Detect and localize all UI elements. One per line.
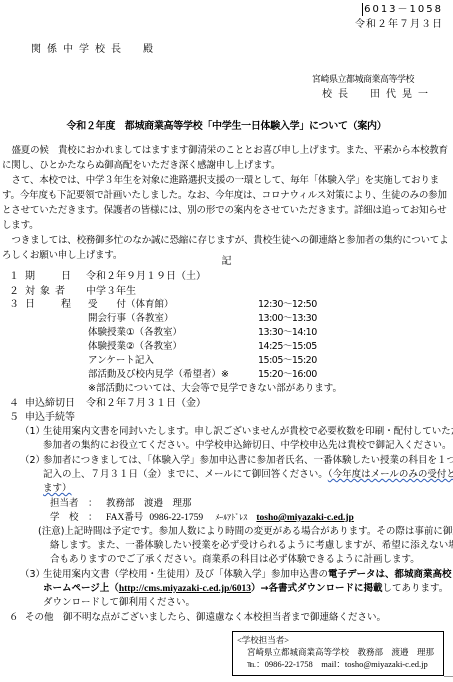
schedule-note: ※部活動については、大会等で見学できない部があります。 <box>88 382 342 395</box>
schedule-item: 体験授業②（各教室） <box>88 340 182 353</box>
homepage-link[interactable]: http://cms.miyazaki-c.ed.jp/6013 <box>119 584 251 594</box>
fax-label: FAX番号 <box>106 513 143 523</box>
contact-box: <学校担当者> 宮崎県立都城商業高等学校 教務部 渡邉 理那 ℡：0986-22… <box>232 631 444 676</box>
item-other: ６その他御不明な点がございましたら、御遠慮なく本校担当者まで御連絡ください。 <box>9 611 386 624</box>
contact-person-row: 担当者 ：教務部 渡邉 理那 <box>50 497 192 510</box>
schedule-item: 部活動及び校内見学（希望者）※ <box>88 368 229 381</box>
item-number: ４ <box>9 397 25 410</box>
box-shadow-line <box>444 676 453 677</box>
procedure-2-line1: （2）参加者につきましては、「体験入学」参加申込書に参加者氏名、一番体験したい授… <box>20 454 453 467</box>
recipient: 関係中学校長 殿 <box>31 43 159 56</box>
item-procedure: ５申込手続等 <box>9 411 75 424</box>
item-date: １期 日令和２年９月１９日（土） <box>9 270 206 283</box>
email-link[interactable]: tosho@miyazaki-c.ed.jp <box>256 513 354 523</box>
contact-box-heading: <学校担当者> <box>233 632 443 646</box>
schedule-item: アンケート記入 <box>88 354 154 367</box>
item-target: ２対象者中学３年生 <box>9 285 136 298</box>
item-label: 日 程 <box>25 298 73 311</box>
item-label: 期 日 <box>25 270 86 283</box>
procedure-1-line2: 参加者の集約にお役立てください。中学校申込締切日、中学校申込先は貴校で御記入くだ… <box>43 439 452 452</box>
item-number: ３ <box>9 298 25 311</box>
item-label: 対象者 <box>25 285 86 298</box>
sub-number: （2） <box>20 454 43 467</box>
sub-text: 生徒用案内文書（学校用・生徒用）及び「体験入学」参加申込書の <box>43 569 328 580</box>
issue-date: 令和２年７月３日 <box>355 18 443 31</box>
sub-text: 参加者につきましては、「体験入学」参加申込書に参加者氏名、一番体験したい授業の科… <box>43 455 453 466</box>
item-value: 中学３年生 <box>86 286 136 297</box>
sub-number: （1） <box>20 425 43 438</box>
schedule-item: 開会行事（各教室） <box>88 312 174 325</box>
procedure-1-line1: （1）生徒用案内文書を同封いたします。申し訳ございませんが貴校で必要枚数を印刷・… <box>20 425 453 438</box>
item-value: 令和２年７月３１日（金） <box>86 398 206 409</box>
item-number: ６ <box>9 611 25 624</box>
contact-box-line1: 宮崎県立都城商業高等学校 教務部 渡邉 理那 <box>233 646 443 658</box>
item-label: 申込手続等 <box>25 412 75 423</box>
procedure-3-line2: ホームページ上（http://cms.miyazaki-c.ed.jp/6013… <box>43 582 448 596</box>
item-number: １ <box>9 270 25 283</box>
procedure-3-line3: ダウンロードして御利用ください。 <box>43 596 195 609</box>
procedure-2-line2: 記入の上、７月３１日（金）までに、メールにて御回答ください。（今年度はメールのみ… <box>43 468 453 481</box>
schedule-time: 15:05～15:20 <box>258 354 317 367</box>
procedure-2-line3: ます） <box>43 482 72 495</box>
sub-number: （3） <box>20 568 43 581</box>
document-number: 6013－1058 <box>362 3 443 16</box>
paragraph-purpose: さて、本校では、中学３年生を対象に進路選択支援の一環として、毎年「体験入学」を実… <box>2 173 452 233</box>
email-label: ﾒｰﾙｱﾄﾞﾚｽ <box>215 513 247 522</box>
body-text: 盛夏の候 貴校におかれましてはますます御清栄のこととお喜び申し上げます。また、平… <box>2 143 452 263</box>
item-label: 申込締切日 <box>25 397 86 410</box>
sub-text: 記入の上、７月３１日（金）までに、メールにて御回答ください。 <box>43 469 328 480</box>
note-line1: (注意)上記時間は予定です。参加人数により時間の変更がある場合があります。その際… <box>38 525 453 538</box>
fax-number: 0986-22-1759 <box>149 513 203 523</box>
procedure-3-line1: （3）生徒用案内文書（学校用・生徒用）及び「体験入学」参加申込書の電子データは、… <box>20 568 452 581</box>
schedule-time: 14:25～15:05 <box>258 340 317 353</box>
schedule-time: 12:30～12:50 <box>258 298 317 311</box>
schedule-item: 体験授業①（各教室） <box>88 326 182 339</box>
schedule-item: 受 付（体育館） <box>88 298 174 311</box>
note-line3: 合もありますのでご了承ください。商業系の科目は必ず体験できるように計画します。 <box>50 553 420 566</box>
contact-person-label: 担当者 ： <box>50 497 106 510</box>
item-schedule-label: ３日 程 <box>9 298 73 311</box>
ki-heading: 記 <box>0 255 453 268</box>
item-value: 令和２年９月１９日（土） <box>86 271 206 282</box>
sub-text-bold: 電子データは、都城商業高校 <box>328 569 452 580</box>
item-value: 御不明な点がございましたら、御遠慮なく本校担当者まで御連絡ください。 <box>63 612 386 623</box>
schedule-time: 13:30～14:10 <box>258 326 317 339</box>
schedule-time: 13:00～13:30 <box>258 312 317 325</box>
sub-text-bold: ホームページ上（ <box>43 583 119 594</box>
item-number: ５ <box>9 411 25 424</box>
sub-text: してあります。 <box>382 583 448 594</box>
item-label: その他 <box>25 611 63 624</box>
school-label: 学 校 ： <box>50 511 106 524</box>
email-only-note: （今年度はメールのみの受付とし <box>328 469 453 480</box>
sub-text-bold: ）→各書式ダウンロードに掲載 <box>251 583 382 594</box>
document-title: 令和２年度 都城商業高等学校「中学生一日体験入学」について（案内） <box>0 120 453 133</box>
schedule-time: 15:20～16:00 <box>258 368 317 381</box>
sender-principal: 校長 田代晃一 <box>322 88 434 101</box>
sender-school: 宮崎県立都城商業高等学校 <box>312 74 414 87</box>
item-deadline: ４申込締切日令和２年７月３１日（金） <box>9 397 206 410</box>
item-number: ２ <box>9 285 25 298</box>
paragraph-greeting: 盛夏の候 貴校におかれましてはますます御清栄のこととお喜び申し上げます。また、平… <box>2 143 452 173</box>
contact-person: 教務部 渡邉 理那 <box>106 498 192 509</box>
sub-text: 生徒用案内文書を同封いたします。申し訳ございませんが貴校で必要枚数を印刷・配付し… <box>43 426 453 437</box>
note-line2: 絡します。また、一番体験したい授業を必ず受けられるように考慮しますが、希望に添え… <box>50 539 453 552</box>
school-contact-row: 学 校 ：FAX番号 0986-22-1759 ﾒｰﾙｱﾄﾞﾚｽ tosho@m… <box>50 511 354 525</box>
contact-box-line2: ℡：0986-22-1758 mail：tosho@miyazaki-c.ed.… <box>233 658 443 670</box>
